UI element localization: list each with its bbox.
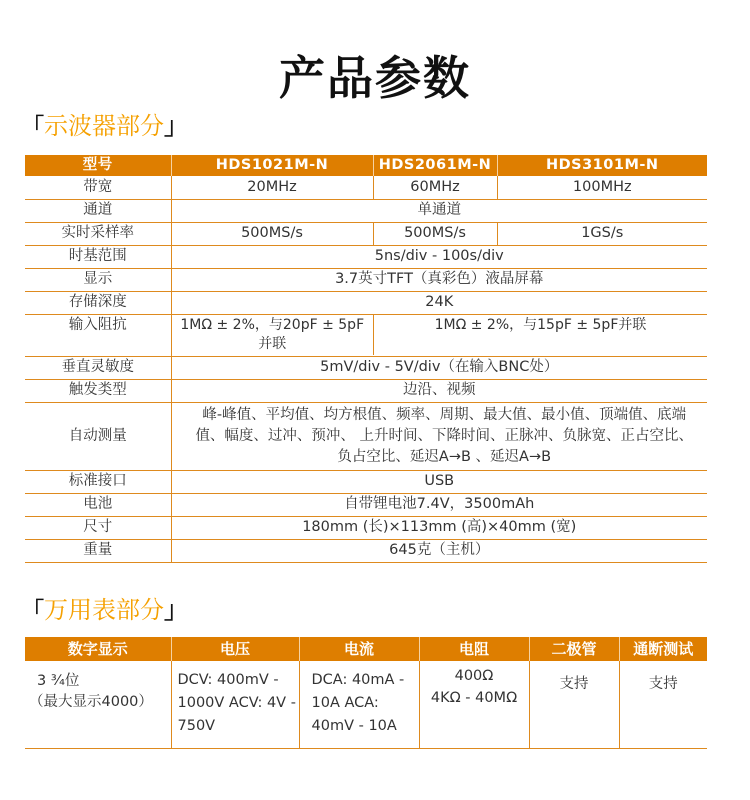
table-row: 输入阻抗 1MΩ ± 2%，与20pF ± 5pF并联 1MΩ ± 2%，与15… xyxy=(25,314,707,356)
header-cell: 二极管 xyxy=(529,637,619,661)
section-label: 示波器部分 xyxy=(44,112,164,140)
header-cell: 数字显示 xyxy=(25,637,171,661)
cell: 3.7英寸TFT（真彩色）液晶屏幕 xyxy=(171,268,707,291)
row-label: 实时采样率 xyxy=(25,222,171,245)
multimeter-spec-table: 数字显示 电压 电流 电阻 二极管 通断测试 3 ¾位 （最大显示4000） D… xyxy=(25,637,707,749)
header-cell: 通断测试 xyxy=(619,637,707,661)
display-digits: 3 ¾位 xyxy=(35,671,171,692)
header-cell: 电压 xyxy=(171,637,299,661)
table-row: 电池 自带锂电池7.4V，3500mAh xyxy=(25,493,707,516)
cell: USB xyxy=(171,470,707,493)
table-row: 标准接口 USB xyxy=(25,470,707,493)
row-label: 显示 xyxy=(25,268,171,291)
bracket-open: 「 xyxy=(22,115,44,140)
row-label: 电池 xyxy=(25,493,171,516)
row-label: 时基范围 xyxy=(25,245,171,268)
row-label: 标准接口 xyxy=(25,470,171,493)
cell: 180mm (长)×113mm (高)×40mm (宽) xyxy=(171,516,707,539)
table-row: 重量 645克（主机） xyxy=(25,539,707,562)
row-label: 存储深度 xyxy=(25,291,171,314)
resistance-cell: 400Ω 4KΩ - 40MΩ xyxy=(419,661,529,749)
page-title: 产品参数 xyxy=(0,42,750,108)
cell: 24K xyxy=(171,291,707,314)
row-label: 重量 xyxy=(25,539,171,562)
cell: 自带锂电池7.4V，3500mAh xyxy=(171,493,707,516)
row-label: 自动测量 xyxy=(25,402,171,470)
display-cell: 3 ¾位 （最大显示4000） xyxy=(25,661,171,749)
header-cell: HDS3101M-N xyxy=(497,155,707,176)
header-cell: HDS1021M-N xyxy=(171,155,373,176)
header-cell: 电流 xyxy=(299,637,419,661)
table-row: 尺寸 180mm (长)×113mm (高)×40mm (宽) xyxy=(25,516,707,539)
header-cell: HDS2061M-N xyxy=(373,155,497,176)
table-row: 垂直灵敏度 5mV/div - 5V/div（在输入BNC处） xyxy=(25,356,707,379)
cell: 645克（主机） xyxy=(171,539,707,562)
resistance-low: 400Ω xyxy=(420,665,529,687)
table-row: 时基范围 5ns/div - 100s/div xyxy=(25,245,707,268)
header-cell: 型号 xyxy=(25,155,171,176)
row-label: 垂直灵敏度 xyxy=(25,356,171,379)
voltage-cell: DCV: 400mV - 1000V ACV: 4V - 750V xyxy=(171,661,299,749)
section-label: 万用表部分 xyxy=(44,596,164,624)
cell: 60MHz xyxy=(373,176,497,199)
multimeter-section-title: 「万用表部分」 xyxy=(22,590,188,625)
row-label: 触发类型 xyxy=(25,379,171,402)
cell: 100MHz xyxy=(497,176,707,199)
oscilloscope-spec-table: 型号 HDS1021M-N HDS2061M-N HDS3101M-N 带宽 2… xyxy=(25,155,707,563)
continuity-cell: 支持 xyxy=(619,661,707,749)
cell: 20MHz xyxy=(171,176,373,199)
cell: 单通道 xyxy=(171,199,707,222)
diode-cell: 支持 xyxy=(529,661,619,749)
row-label: 尺寸 xyxy=(25,516,171,539)
table-row: 通道 单通道 xyxy=(25,199,707,222)
cell: 500MS/s xyxy=(171,222,373,245)
impedance-cell-group: 1MΩ ± 2%，与20pF ± 5pF并联 1MΩ ± 2%，与15pF ± … xyxy=(171,314,707,356)
display-max: （最大显示4000） xyxy=(29,692,171,713)
table-row: 带宽 20MHz 60MHz 100MHz xyxy=(25,176,707,199)
resistance-range: 4KΩ - 40MΩ xyxy=(420,687,529,709)
current-cell: DCA: 40mA - 10A ACA: 40mV - 10A xyxy=(299,661,419,749)
cell: 1MΩ ± 2%，与15pF ± 5pF并联 xyxy=(374,315,708,355)
bracket-close: 」 xyxy=(164,112,188,140)
header-cell: 电阻 xyxy=(419,637,529,661)
row-label: 通道 xyxy=(25,199,171,222)
cell: 边沿、视频 xyxy=(171,379,707,402)
cell: 峰-峰值、平均值、均方根值、频率、周期、最大值、最小值、顶端值、底端值、幅度、过… xyxy=(171,402,707,470)
row-label: 输入阻抗 xyxy=(25,314,171,356)
table-row: 3 ¾位 （最大显示4000） DCV: 400mV - 1000V ACV: … xyxy=(25,661,707,749)
oscilloscope-section-title: 「示波器部分」 xyxy=(22,106,188,141)
bracket-open: 「 xyxy=(22,599,44,624)
table-row: 实时采样率 500MS/s 500MS/s 1GS/s xyxy=(25,222,707,245)
cell: 500MS/s xyxy=(373,222,497,245)
table-row: 存储深度 24K xyxy=(25,291,707,314)
table-header-row: 型号 HDS1021M-N HDS2061M-N HDS3101M-N xyxy=(25,155,707,176)
table-row: 触发类型 边沿、视频 xyxy=(25,379,707,402)
cell: 5ns/div - 100s/div xyxy=(171,245,707,268)
bracket-close: 」 xyxy=(164,596,188,624)
table-header-row: 数字显示 电压 电流 电阻 二极管 通断测试 xyxy=(25,637,707,661)
impedance-subtable: 1MΩ ± 2%，与20pF ± 5pF并联 1MΩ ± 2%，与15pF ± … xyxy=(172,315,708,355)
row-label: 带宽 xyxy=(25,176,171,199)
table-row: 自动测量 峰-峰值、平均值、均方根值、频率、周期、最大值、最小值、顶端值、底端值… xyxy=(25,402,707,470)
cell: 1MΩ ± 2%，与20pF ± 5pF并联 xyxy=(172,315,374,355)
cell: 5mV/div - 5V/div（在输入BNC处） xyxy=(171,356,707,379)
cell: 1GS/s xyxy=(497,222,707,245)
table-row: 显示 3.7英寸TFT（真彩色）液晶屏幕 xyxy=(25,268,707,291)
